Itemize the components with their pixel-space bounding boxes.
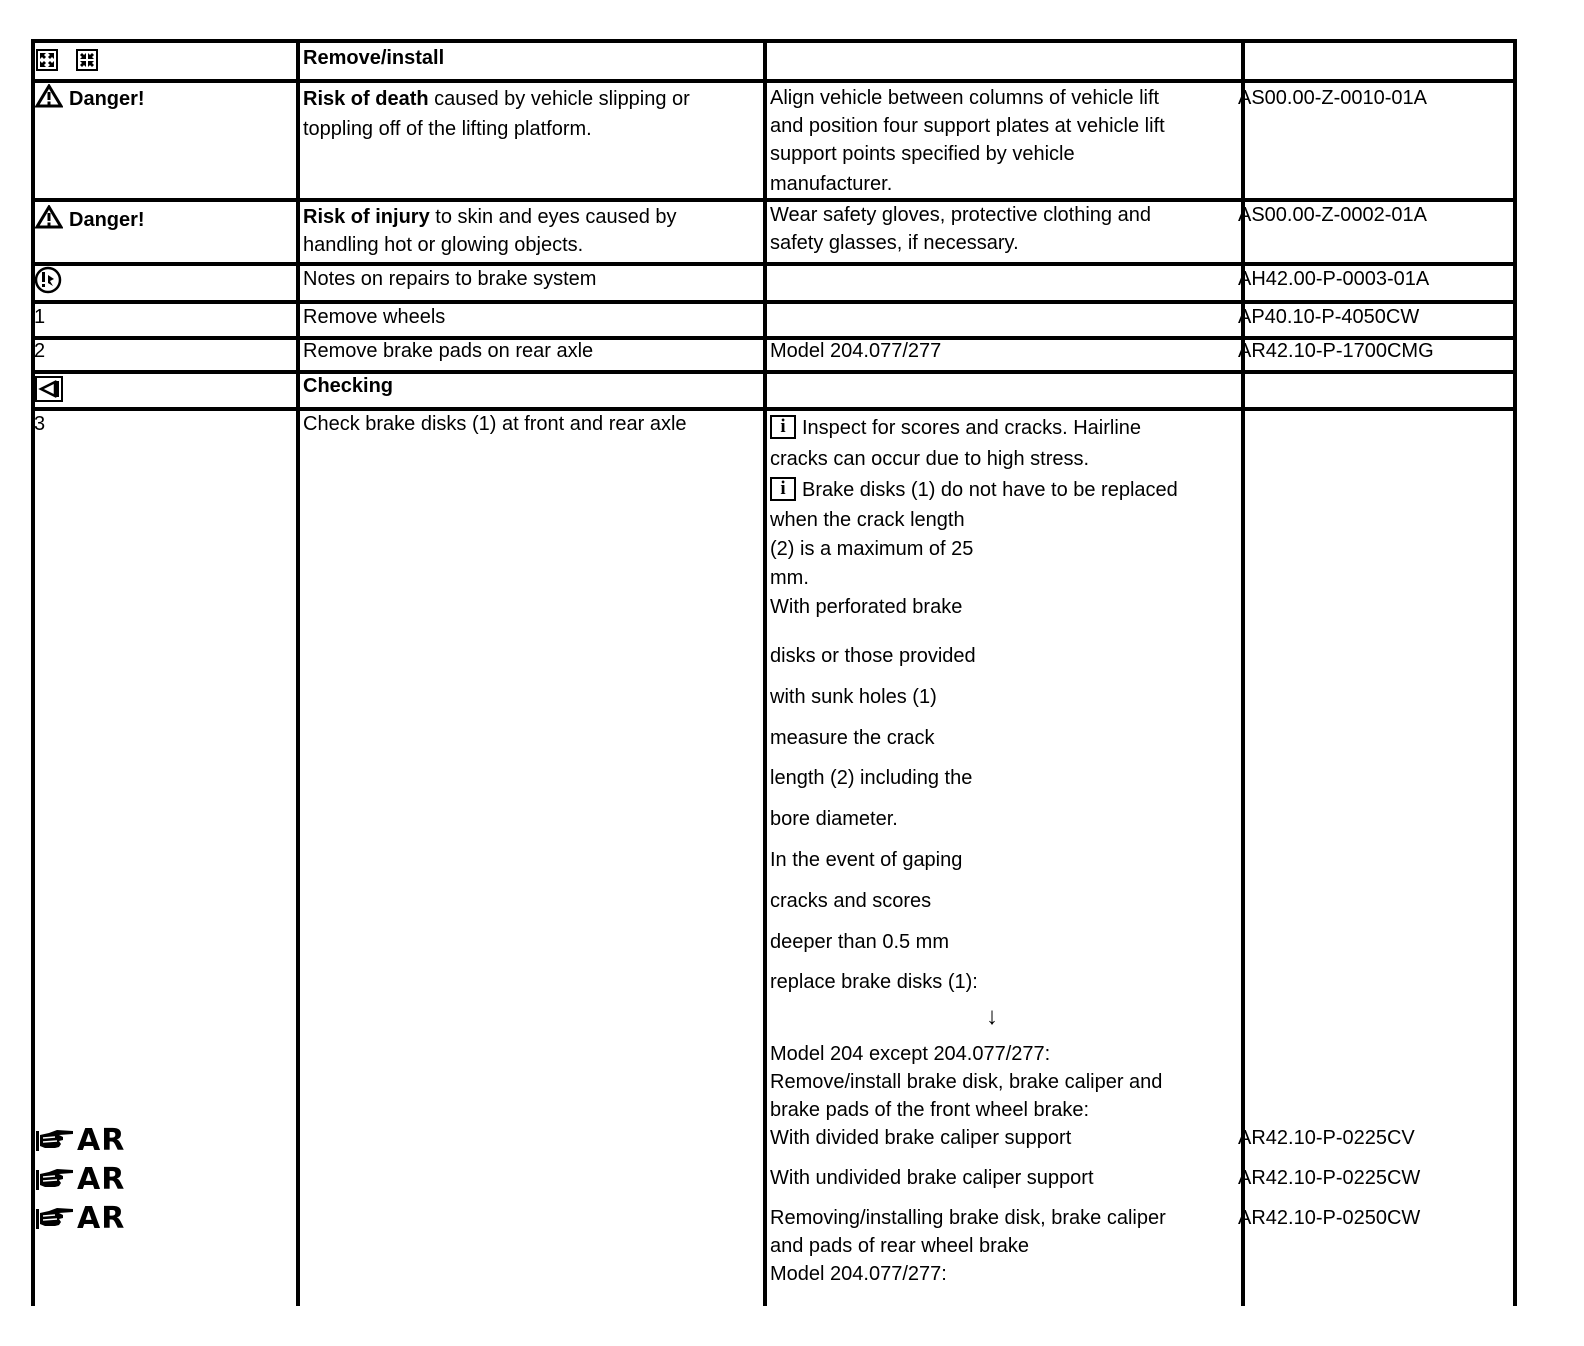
step-number: 1 [34,303,45,331]
step-note: Model 204.077/277 [770,337,941,365]
row-divider [31,407,1517,411]
pointing-hand-icon [35,1205,75,1231]
danger-description: Risk of death caused by vehicle slipping… [303,84,690,144]
warning-icon [35,205,63,229]
step-number: 2 [34,337,45,365]
procedure-table: Remove/install Danger! Risk of death cau… [0,0,1584,1346]
reference-link[interactable]: AR42.10-P-1700CMG [1238,337,1434,365]
info-icon: i [770,415,796,439]
sub-item-text: Removing/installing brake disk, brake ca… [770,1204,1166,1288]
warning-icon [35,84,63,108]
danger-label: Danger! [35,84,145,113]
column-divider [763,39,767,1306]
step-text: Remove brake pads on rear axle [303,337,593,365]
reference-link[interactable]: AS00.00-Z-0010-01A [1238,84,1427,112]
row-divider [31,370,1517,374]
danger-note: Wear safety gloves, protective clothing … [770,201,1151,257]
table-border-top [31,39,1517,43]
reference-link[interactable]: AP40.10-P-4050CW [1238,303,1419,331]
header-icons [36,45,98,73]
reference-link[interactable]: AR42.10-P-0225CW [1238,1164,1420,1192]
step-text: Check brake disks (1) at front and rear … [303,410,687,438]
step-number: 3 [34,410,45,438]
reference-link[interactable]: AR42.10-P-0250CW [1238,1204,1420,1232]
danger-label: Danger! [35,205,145,234]
expand-icon [36,49,58,71]
row-divider [31,79,1517,83]
reference-link[interactable]: AR42.10-P-0225CV [1238,1124,1415,1152]
pointing-hand-icon [35,1127,75,1153]
notes-icon [34,266,62,302]
section-title-remove-install: Remove/install [303,44,444,72]
reference-link[interactable]: AH42.00-P-0003-01A [1238,265,1429,293]
step-note-info: iInspect for scores and cracks. Hairline… [770,413,1178,622]
step-text: Remove wheels [303,303,445,331]
pointing-hand-icon [35,1166,75,1192]
section-title-checking: Checking [303,372,393,400]
danger-description: Risk of injury to skin and eyes caused b… [303,203,677,259]
ar-reference-marker[interactable]: AR [35,1202,125,1236]
column-divider [296,39,300,1306]
step-note-crack-details: disks or those provided with sunk holes … [770,636,978,1003]
danger-note: Align vehicle between columns of vehicle… [770,84,1165,198]
column-divider [1241,39,1245,1306]
model-note: Model 204 except 204.077/277: Remove/ins… [770,1040,1162,1152]
arrow-down-icon: ↓ [986,1003,998,1031]
collapse-icon [76,49,98,71]
reference-link[interactable]: AS00.00-Z-0002-01A [1238,201,1427,229]
ar-reference-marker[interactable]: AR [35,1163,125,1197]
checking-icon [35,374,63,402]
info-icon: i [770,477,796,501]
notes-link: Notes on repairs to brake system [303,265,596,293]
ar-reference-marker[interactable]: AR [35,1124,125,1158]
sub-item-text: With undivided brake caliper support [770,1164,1094,1192]
table-border-right [1513,39,1517,1306]
